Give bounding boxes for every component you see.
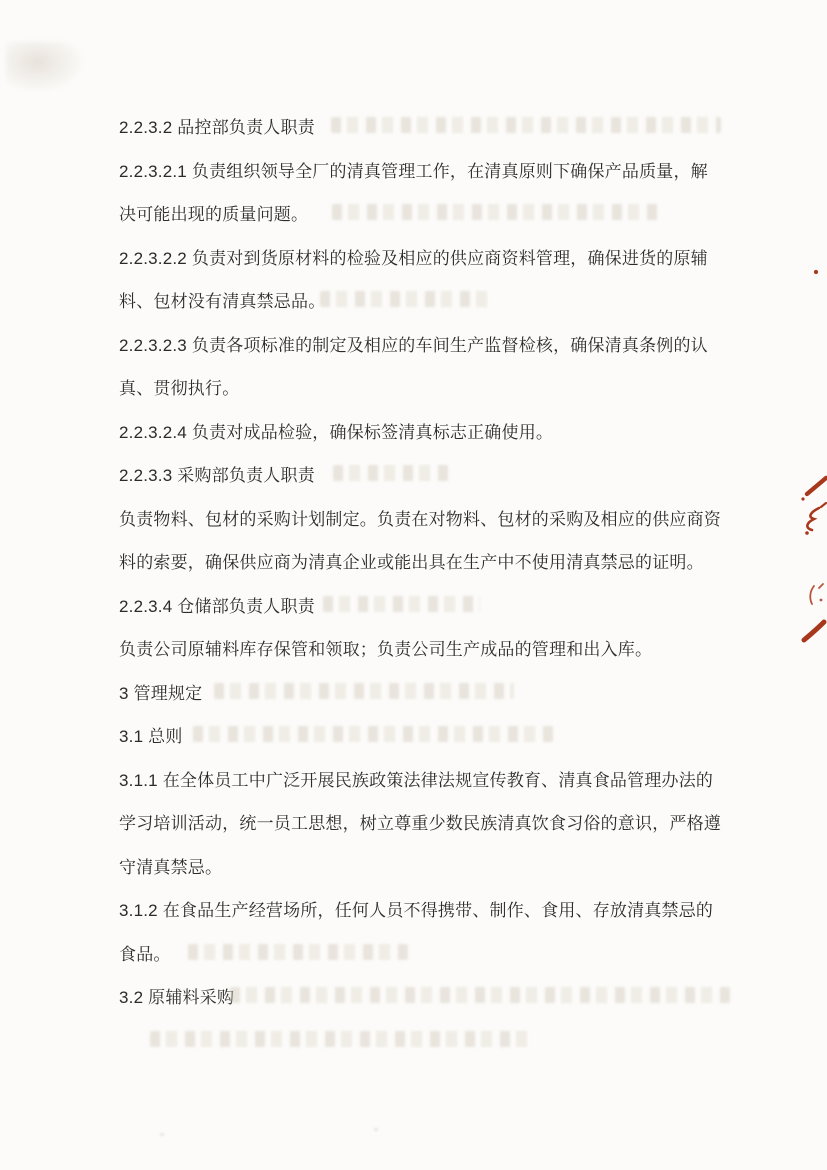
- red-ink-dot: [814, 270, 818, 274]
- text-line: 料、包材没有清真禁忌品。: [119, 278, 719, 322]
- bleed-through-artifact: [332, 204, 662, 220]
- text-line: 守清真禁忌。: [119, 844, 719, 888]
- text-line-content: 2.2.3.2.3 负责各项标准的制定及相应的车间生产监督检核，确保清真条例的认: [119, 331, 708, 356]
- document-page: 2.2.3.2 品控部负责人职责2.2.3.2.1 负责组织领导全厂的清真管理工…: [0, 0, 827, 1170]
- text-line: 3.1.1 在全体员工中广泛开展民族政策法律法规宣传教育、清真食品管理办法的: [119, 757, 719, 801]
- text-line-content: 食品。: [119, 940, 171, 965]
- text-line-content: 学习培训活动，统一员工思想，树立尊重少数民族清真饮食习俗的意识，严格遵: [119, 809, 721, 834]
- red-ink-dot: [801, 497, 804, 500]
- red-ink-stroke: [807, 508, 819, 530]
- text-line-content: 守清真禁忌。: [119, 853, 222, 878]
- bleed-through-artifact: [150, 1031, 535, 1047]
- text-line-content: 料的索要，确保供应商为清真企业或能出具在生产中不使用清真禁忌的证明。: [119, 548, 704, 573]
- text-line-content: 3.1.2 在食品生产经营场所，任何人员不得携带、制作、食用、存放清真禁忌的: [119, 896, 713, 921]
- bleed-through-artifact: [214, 683, 514, 699]
- bleed-through-artifact: [331, 117, 721, 133]
- text-line: 负责物料、包材的采购计划制定。负责在对物料、包材的采购及相应的供应商资: [119, 496, 719, 540]
- scan-smudge-artifact: [6, 42, 84, 92]
- text-line-content: 2.2.3.4 仓储部负责人职责: [119, 592, 315, 617]
- red-ink-dot: [820, 599, 823, 602]
- red-ink-stroke: [810, 586, 814, 604]
- text-line-content: 2.2.3.2.2 负责对到货原材料的检验及相应的供应商资料管理，确保进货的原辅: [119, 244, 708, 269]
- text-line: 2.2.3.2.1 负责组织领导全厂的清真管理工作，在清真原则下确保产品质量，解: [119, 148, 719, 192]
- text-line-content: 3.1.1 在全体员工中广泛开展民族政策法律法规宣传教育、清真食品管理办法的: [119, 766, 713, 791]
- text-line: 真、贯彻执行。: [119, 365, 719, 409]
- text-line: 决可能出现的质量问题。: [119, 191, 719, 235]
- text-line-content: 真、贯彻执行。: [119, 374, 239, 399]
- text-line-content: 决可能出现的质量问题。: [119, 200, 308, 225]
- text-line-content: 负责公司原辅料库存保管和领取；负责公司生产成品的管理和出入库。: [119, 635, 652, 660]
- red-ink-stroke: [819, 584, 823, 588]
- bleed-through-artifact: [230, 987, 730, 1003]
- bleed-through-artifact: [193, 726, 553, 742]
- red-ink-annotation: [795, 260, 827, 660]
- text-line: 3.1 总则: [119, 713, 719, 757]
- text-line: 2.2.3.2.3 负责各项标准的制定及相应的车间生产监督检核，确保清真条例的认: [119, 322, 719, 366]
- text-line-content: 3.1 总则: [119, 722, 183, 747]
- text-line: 负责公司原辅料库存保管和领取；负责公司生产成品的管理和出入库。: [119, 626, 719, 670]
- text-line-content: 2.2.3.3 采购部负责人职责: [119, 461, 315, 486]
- bleed-through-artifact: [320, 291, 495, 307]
- text-line: 学习培训活动，统一员工思想，树立尊重少数民族清真饮食习俗的意识，严格遵: [119, 800, 719, 844]
- text-line-content: 料、包材没有清真禁忌品。: [119, 287, 325, 312]
- scan-speck-artifact: [374, 1128, 378, 1131]
- text-line: 料的索要，确保供应商为清真企业或能出具在生产中不使用清真禁忌的证明。: [119, 539, 719, 583]
- text-line-content: 2.2.3.2.1 负责组织领导全厂的清真管理工作，在清真原则下确保产品质量，解: [119, 157, 708, 182]
- bleed-through-artifact: [323, 596, 480, 612]
- text-line-content: 负责物料、包材的采购计划制定。负责在对物料、包材的采购及相应的供应商资: [119, 505, 721, 530]
- text-line: 2.2.3.2.4 负责对成品检验，确保标签清真标志正确使用。: [119, 409, 719, 453]
- document-text-block: 2.2.3.2 品控部负责人职责2.2.3.2.1 负责组织领导全厂的清真管理工…: [119, 104, 719, 1061]
- text-line: 2.2.3.3 采购部负责人职责: [119, 452, 719, 496]
- text-line: 2.2.3.4 仓储部负责人职责: [119, 583, 719, 627]
- bleed-through-artifact: [188, 944, 408, 960]
- red-ink-stroke: [804, 622, 824, 640]
- text-line: 3.2 原辅料采购: [119, 974, 719, 1018]
- red-ink-dot: [805, 531, 809, 535]
- text-line: 2.2.3.2 品控部负责人职责: [119, 104, 719, 148]
- text-line: 3.1.2 在食品生产经营场所，任何人员不得携带、制作、食用、存放清真禁忌的: [119, 887, 719, 931]
- text-line: [119, 1018, 719, 1062]
- text-line: 3 管理规定: [119, 670, 719, 714]
- text-line-content: 2.2.3.2.4 负责对成品检验，确保标签清真标志正确使用。: [119, 418, 553, 443]
- text-line: 2.2.3.2.2 负责对到货原材料的检验及相应的供应商资料管理，确保进货的原辅: [119, 235, 719, 279]
- text-line-content: 3 管理规定: [119, 679, 202, 704]
- scan-speck-artifact: [160, 1133, 164, 1136]
- red-ink-stroke: [821, 503, 826, 507]
- text-line-content: 3.2 原辅料采购: [119, 983, 234, 1008]
- text-line: 食品。: [119, 931, 719, 975]
- bleed-through-artifact: [333, 465, 453, 481]
- red-ink-stroke: [807, 478, 826, 494]
- text-line-content: 2.2.3.2 品控部负责人职责: [119, 113, 315, 138]
